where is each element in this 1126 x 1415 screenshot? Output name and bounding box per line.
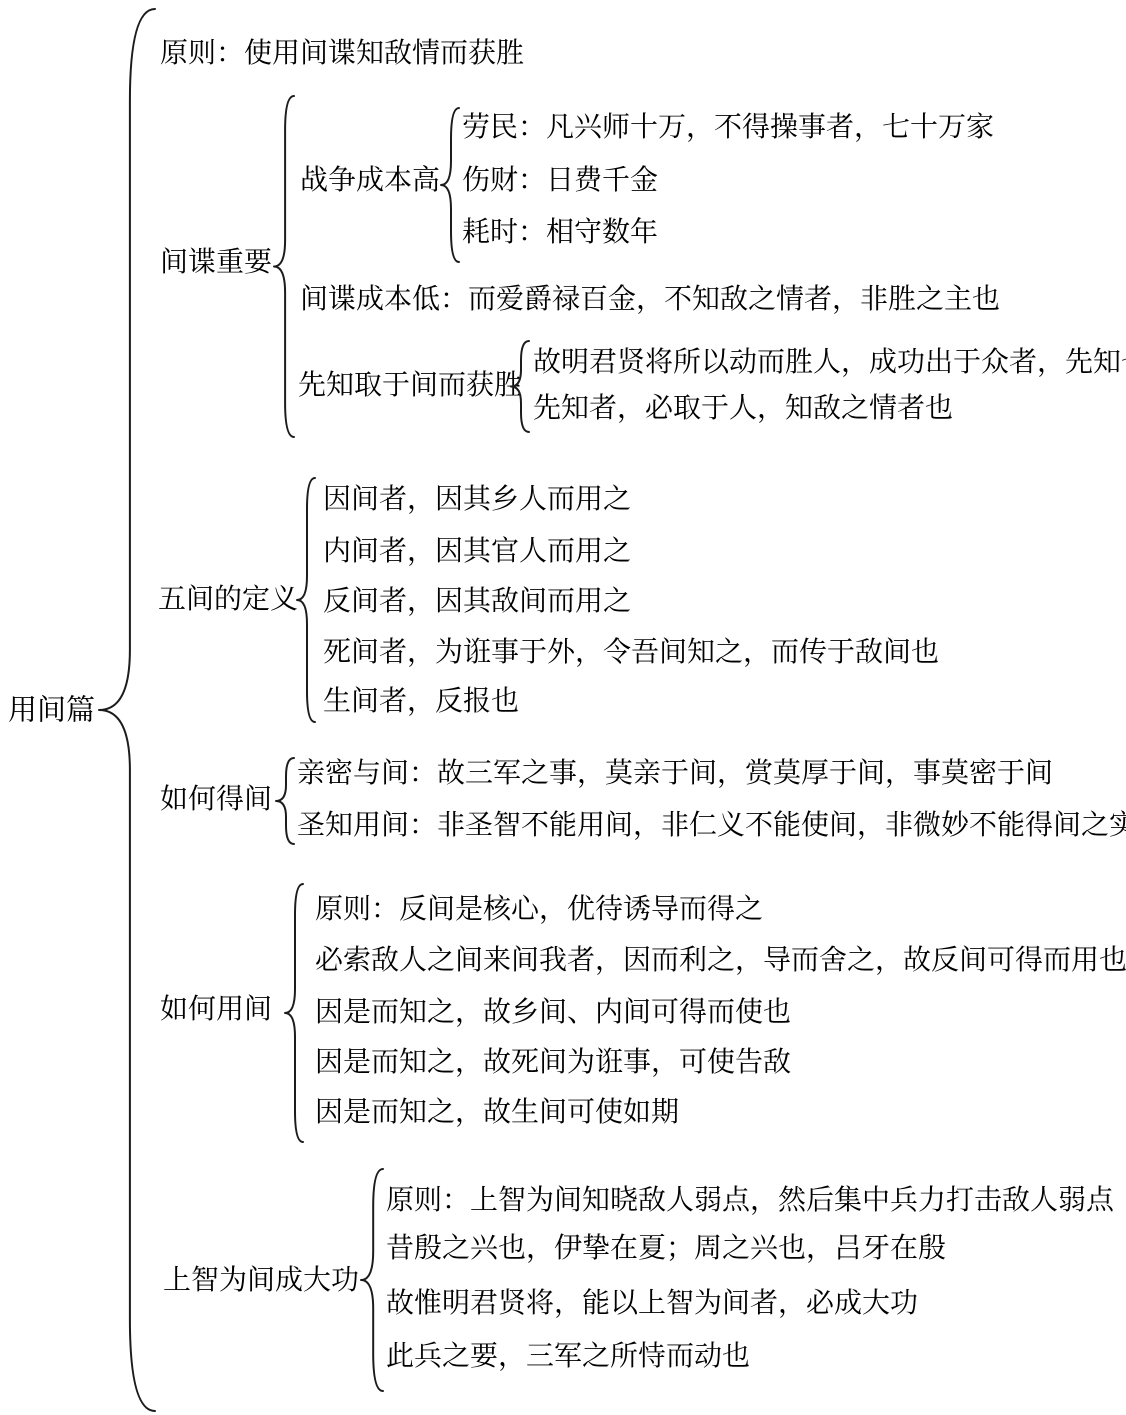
five-spies-item: 生间者，反报也 xyxy=(323,685,519,719)
war-cost-item: 耗时：相守数年 xyxy=(462,216,658,250)
foreknowledge-item: 先知者，必取于人，知敌之情者也 xyxy=(533,392,953,426)
root-brace xyxy=(98,8,156,1412)
branch-five-spies-label: 五间的定义 xyxy=(158,583,298,617)
wisdom-item: 故惟明君贤将，能以上智为间者，必成大功 xyxy=(386,1287,918,1321)
war-cost-high-label: 战争成本高 xyxy=(300,164,440,198)
branch-how-to-use-label: 如何用间 xyxy=(160,993,272,1027)
how-to-use-item: 因是而知之，故乡间、内间可得而使也 xyxy=(315,996,791,1030)
wisdom-item: 此兵之要，三军之所恃而动也 xyxy=(386,1340,750,1374)
branch-spy-importance-label: 间谍重要 xyxy=(160,246,272,280)
how-to-get-item: 亲密与间：故三军之事，莫亲于间，赏莫厚于间，事莫密于间 xyxy=(297,757,1053,791)
branch-how-to-get-label: 如何得间 xyxy=(160,783,272,817)
five-spies-item: 内间者，因其官人而用之 xyxy=(323,535,631,569)
war-cost-high-brace xyxy=(440,107,460,263)
how-to-use-item: 因是而知之，故生间可使如期 xyxy=(315,1096,679,1130)
how-to-use-item: 原则：反间是核心，优待诱导而得之 xyxy=(315,893,763,927)
five-spies-item: 反间者，因其敌间而用之 xyxy=(323,585,631,619)
root-node-label: 用间篇 xyxy=(8,694,95,729)
how-to-use-item: 因是而知之，故死间为诳事，可使告敌 xyxy=(315,1046,791,1080)
five-spies-item: 死间者，为诳事于外，令吾间知之，而传于敌间也 xyxy=(323,636,939,670)
how-to-use-item: 必索敌人之间来间我者，因而利之，导而舍之，故反间可得而用也 xyxy=(315,944,1126,978)
spy-importance-brace xyxy=(273,95,295,438)
war-cost-item: 劳民：凡兴师十万，不得操事者，七十万家 xyxy=(462,111,994,145)
branch-principle-text: 原则：使用间谍知敌情而获胜 xyxy=(160,37,524,71)
how-to-use-brace xyxy=(284,883,304,1143)
spy-cost-low-text: 间谍成本低：而爱爵禄百金，不知敌之情者，非胜之主也 xyxy=(300,283,1000,317)
wisdom-item: 昔殷之兴也，伊挚在夏；周之兴也，吕牙在殷 xyxy=(386,1232,946,1266)
five-spies-brace xyxy=(296,477,316,723)
foreknowledge-brace xyxy=(510,340,530,433)
war-cost-item: 伤财：日费千金 xyxy=(462,164,658,198)
foreknowledge-item: 故明君贤将所以动而胜人，成功出于众者，先知也 xyxy=(533,346,1126,380)
branch-wisdom-label: 上智为间成大功 xyxy=(163,1264,359,1298)
mindmap-canvas: 用间篇 原则：使用间谍知敌情而获胜 间谍重要 战争成本高 劳民：凡兴师十万，不得… xyxy=(0,0,1126,1415)
foreknowledge-label: 先知取于间而获胜 xyxy=(298,369,522,403)
how-to-get-item: 圣知用间：非圣智不能用间，非仁义不能使间，非微妙不能得间之实 xyxy=(297,809,1126,843)
five-spies-item: 因间者，因其乡人而用之 xyxy=(323,483,631,517)
how-to-get-brace xyxy=(275,757,295,845)
wisdom-item: 原则：上智为间知晓敌人弱点，然后集中兵力打击敌人弱点 xyxy=(386,1184,1114,1218)
wisdom-brace xyxy=(360,1168,384,1392)
